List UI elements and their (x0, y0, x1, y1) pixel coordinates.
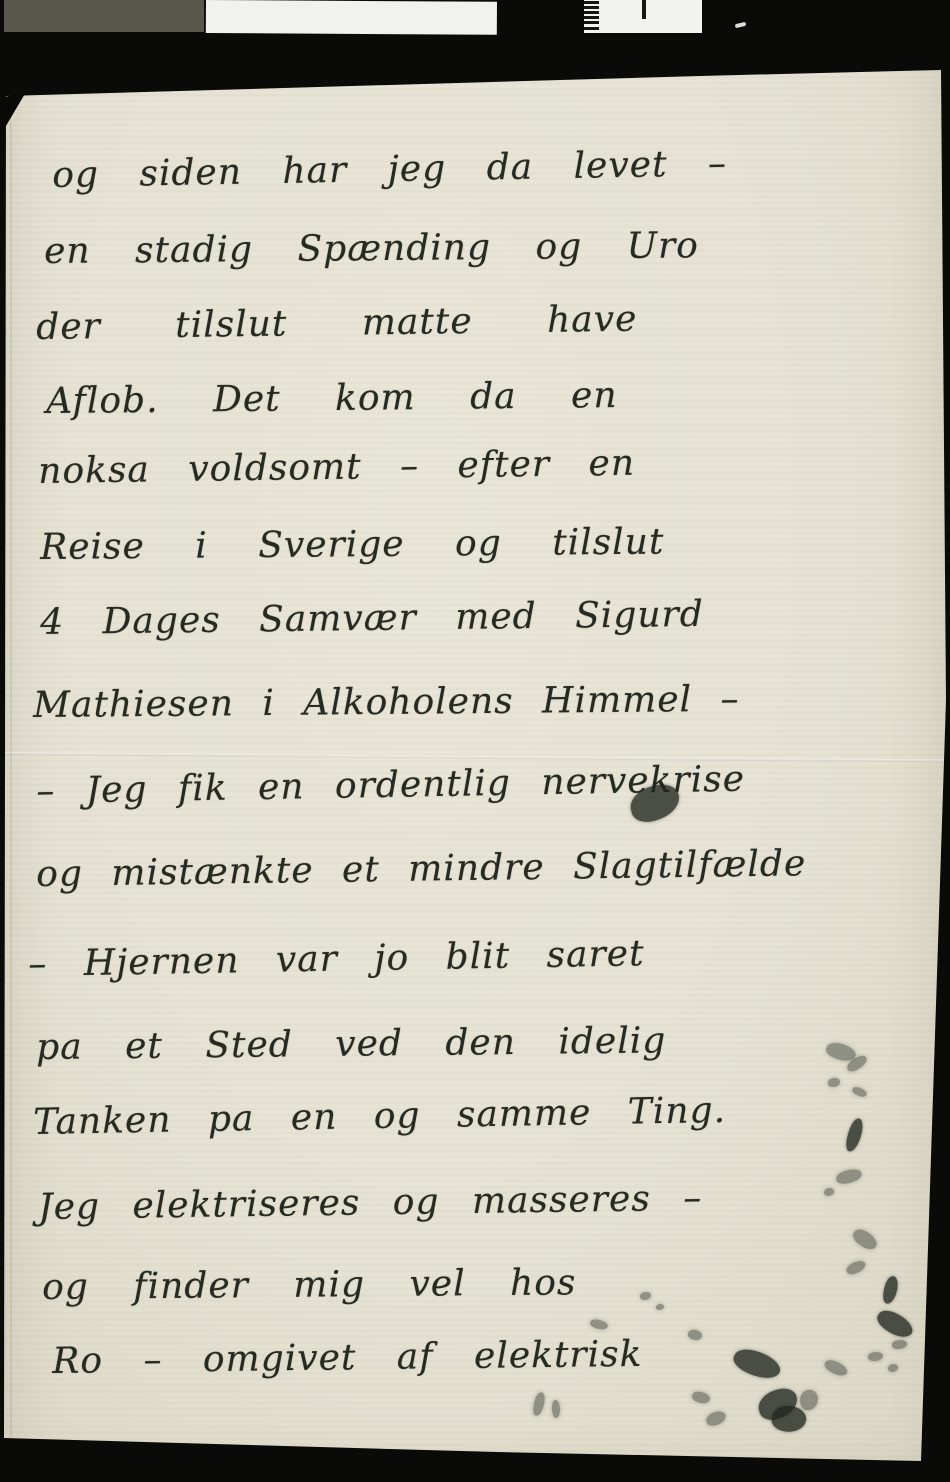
handwritten-line: 4 Dages Samvær med Sigurd (40, 597, 704, 641)
ink-smudge (730, 1343, 784, 1384)
ink-smudge (828, 1078, 840, 1087)
handwritten-line: og mistænkte et mindre Slagtilfælde (36, 846, 806, 893)
handwritten-line: der tilslut matte have (36, 302, 638, 346)
handwritten-line: – Hjernen var jo blit saret (28, 936, 645, 983)
letter-paper: og siden har jeg da levet – en stadig Sp… (0, 0, 950, 1482)
gray-calibration-patch (4, 0, 204, 32)
ink-smudge (874, 1305, 917, 1343)
handwritten-line: Tanken pa en og samme Ting. (33, 1093, 726, 1141)
ink-smudge (868, 1352, 883, 1361)
ruler-tick (584, 27, 599, 30)
ink-smudge (799, 1389, 820, 1411)
ink-smudge (691, 1389, 712, 1405)
ink-smudge (640, 1292, 651, 1300)
ink-smudge (892, 1340, 907, 1349)
ruler-tick (584, 16, 599, 19)
ink-smudge (551, 1400, 561, 1419)
handwritten-line: Jeg elektriseres og masseres – (38, 1181, 702, 1226)
ruler-tick (584, 11, 599, 14)
ruler-tick (584, 21, 599, 24)
handwritten-line: Reise i Sverige og tilslut (40, 525, 665, 566)
ruler-center-line (642, 0, 646, 19)
ink-smudge (589, 1317, 609, 1331)
handwritten-line: noksa voldsomt – efter en (38, 446, 635, 490)
ink-smudge (687, 1328, 704, 1342)
ink-smudge (835, 1168, 863, 1185)
handwritten-line: pa et Sted ved den idelig (36, 1023, 666, 1066)
ruler-tick (584, 6, 599, 9)
ink-smudge (532, 1391, 546, 1416)
handwritten-line: Aflob. Det kom da en (46, 378, 618, 420)
ink-smudge (845, 1259, 868, 1276)
ink-smudge (823, 1357, 850, 1379)
ruler-tick (584, 1, 599, 4)
fold-crease-horizontal (0, 752, 950, 762)
ink-smudge (850, 1225, 880, 1253)
ink-smudge (656, 1304, 664, 1310)
dust-speck (735, 22, 747, 29)
ink-smudge (705, 1410, 728, 1428)
handwritten-line: Mathiesen i Alkoholens Himmel – (33, 682, 740, 724)
handwritten-line: en stadig Spænding og Uro (44, 228, 699, 270)
ink-smudge (844, 1117, 865, 1153)
ink-smudge (824, 1188, 834, 1196)
fold-crease-vertical (10, 96, 12, 1440)
handwritten-line: Ro – omgivet af elektrisk (52, 1337, 643, 1380)
white-calibration-patch (206, 0, 497, 35)
ink-smudge (888, 1364, 898, 1372)
ruler-scale-patch (584, 0, 702, 33)
ink-smudge (882, 1275, 900, 1305)
scan-photo: og siden har jeg da levet – en stadig Sp… (0, 0, 950, 1482)
ink-smudge (851, 1085, 868, 1099)
handwritten-line: og siden har jeg da levet – (52, 146, 727, 194)
handwritten-line: og finder mig vel hos (42, 1265, 577, 1306)
